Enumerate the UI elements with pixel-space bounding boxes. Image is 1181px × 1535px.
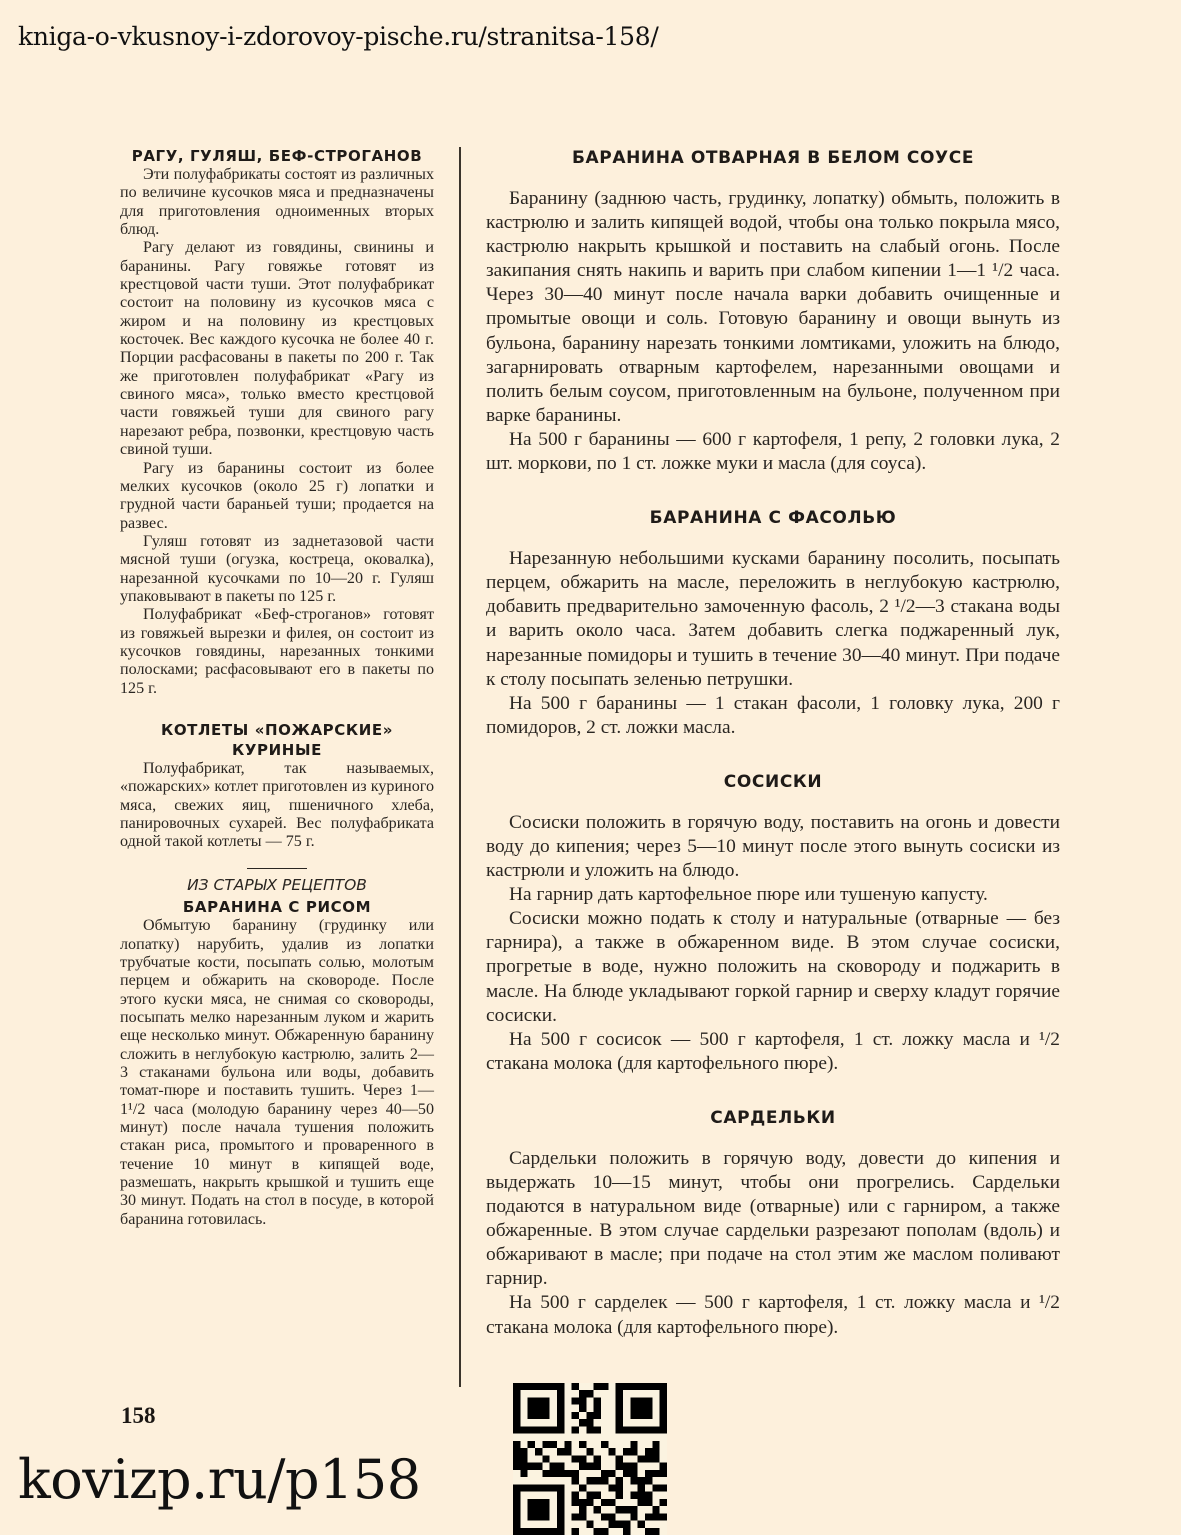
section-title: КОТЛЕТЫ «ПОЖАРСКИЕ» КУРИНЫЕ xyxy=(120,720,434,760)
qr-code-icon[interactable] xyxy=(513,1383,667,1535)
section-baranina-s-risom: ИЗ СТАРЫХ РЕЦЕПТОВ БАРАНИНА С РИСОМ Обмы… xyxy=(120,875,434,1229)
section-title: РАГУ, ГУЛЯШ, БЕФ-СТРОГАНОВ xyxy=(120,146,434,166)
left-column: РАГУ, ГУЛЯШ, БЕФ-СТРОГАНОВ Эти полуфабри… xyxy=(120,146,434,1229)
column-divider xyxy=(459,147,461,1387)
paragraph: На 500 г баранины — 1 стакан фасоли, 1 г… xyxy=(486,692,1060,740)
source-url[interactable]: kniga-o-vkusnoy-i-zdorovoy-pische.ru/str… xyxy=(18,22,659,51)
paragraph: Гуляш готовят из заднетазовой части мясн… xyxy=(120,533,434,606)
paragraph: Обмытую баранину (грудинку или лопатку) … xyxy=(120,917,434,1229)
section-title: СОСИСКИ xyxy=(486,770,1060,794)
section-sardelki: САРДЕЛЬКИ Сардельки положить в горячую в… xyxy=(486,1106,1060,1340)
paragraph: Сосиски можно подать к столу и натуральн… xyxy=(486,907,1060,1027)
section-kicker: ИЗ СТАРЫХ РЕЦЕПТОВ xyxy=(120,875,434,895)
paragraph: Сардельки положить в горячую воду, довес… xyxy=(486,1147,1060,1292)
section-title: БАРАНИНА С РИСОМ xyxy=(120,897,434,917)
paragraph: На гарнир дать картофельное пюре или туш… xyxy=(486,883,1060,907)
title-line-1: КОТЛЕТЫ «ПОЖАРСКИЕ» xyxy=(161,721,393,739)
paragraph: На 500 г баранины — 600 г картофеля, 1 р… xyxy=(486,428,1060,476)
short-url[interactable]: kovizp.ru/p158 xyxy=(18,1448,421,1511)
section-baranina-s-fasolyu: БАРАНИНА С ФАСОЛЬЮ Нарезанную небольшими… xyxy=(486,506,1060,740)
page-number: 158 xyxy=(121,1403,156,1429)
paragraph: Эти полуфабрикаты состоят из различных п… xyxy=(120,166,434,239)
paragraph: На 500 г сосисок — 500 г картофеля, 1 ст… xyxy=(486,1028,1060,1076)
paragraph: Баранину (заднюю часть, грудинку, лопатк… xyxy=(486,187,1060,428)
section-title: БАРАНИНА ОТВАРНАЯ В БЕЛОМ СОУСЕ xyxy=(486,146,1060,170)
qr-code-graphic xyxy=(513,1383,667,1535)
paragraph: Нарезанную небольшими кусками баранину п… xyxy=(486,547,1060,692)
right-column: БАРАНИНА ОТВАРНАЯ В БЕЛОМ СОУСЕ Баранину… xyxy=(486,146,1060,1340)
section-title: САРДЕЛЬКИ xyxy=(486,1106,1060,1130)
paragraph: Рагу делают из говядины, свинины и баран… xyxy=(120,239,434,459)
section-title: БАРАНИНА С ФАСОЛЬЮ xyxy=(486,506,1060,530)
paragraph: Рагу из баранины состоит из более мелких… xyxy=(120,460,434,533)
paragraph: Сосиски положить в горячую воду, постави… xyxy=(486,811,1060,883)
section-ragu: РАГУ, ГУЛЯШ, БЕФ-СТРОГАНОВ Эти полуфабри… xyxy=(120,146,434,698)
paragraph: На 500 г сарделек — 500 г картофеля, 1 с… xyxy=(486,1291,1060,1339)
paragraph: Полуфабрикат, так называемых, «пожарских… xyxy=(120,760,434,852)
section-kotlety: КОТЛЕТЫ «ПОЖАРСКИЕ» КУРИНЫЕ Полуфабрикат… xyxy=(120,720,434,852)
paragraph: Полуфабрикат «Беф-строганов» готовят из … xyxy=(120,606,434,698)
section-sosiski: СОСИСКИ Сосиски положить в горячую воду,… xyxy=(486,770,1060,1076)
section-divider xyxy=(247,868,307,870)
section-baranina-otvarnaya: БАРАНИНА ОТВАРНАЯ В БЕЛОМ СОУСЕ Баранину… xyxy=(486,146,1060,476)
title-line-2: КУРИНЫЕ xyxy=(232,741,322,759)
